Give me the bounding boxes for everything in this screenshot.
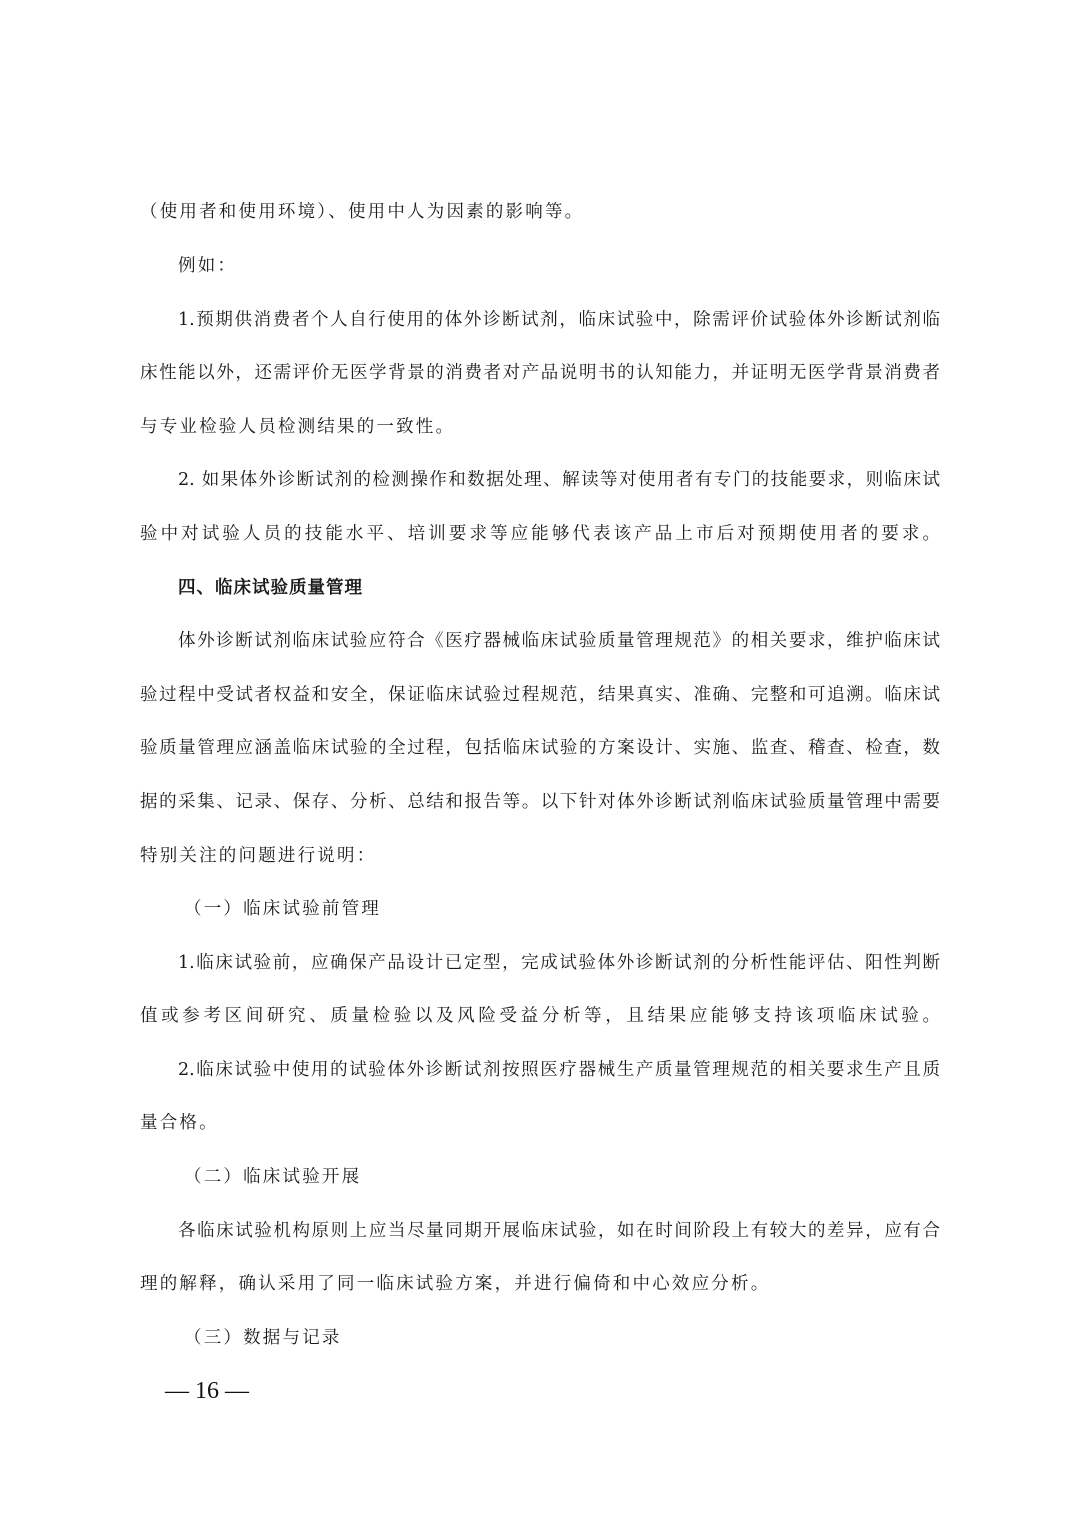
subsection-heading: （三）数据与记录 (140, 1323, 940, 1353)
paragraph-line: 验中对试验人员的技能水平、培训要求等应能够代表该产品上市后对预期使用者的要求。 (140, 519, 940, 549)
paragraph-line: 量合格。 (140, 1108, 940, 1138)
paragraph-line: 据的采集、记录、保存、分析、总结和报告等。以下针对体外诊断试剂临床试验质量管理中… (140, 787, 940, 817)
paragraph-line: 与专业检验人员检测结果的一致性。 (140, 412, 940, 442)
paragraph-line: 验过程中受试者权益和安全，保证临床试验过程规范，结果真实、准确、完整和可追溯。临… (140, 680, 940, 710)
paragraph-line: 特别关注的问题进行说明： (140, 841, 940, 871)
paragraph-line: 各临床试验机构原则上应当尽量同期开展临床试验，如在时间阶段上有较大的差异，应有合 (140, 1216, 940, 1246)
subsection-heading: （一）临床试验前管理 (140, 894, 940, 924)
paragraph-line: 验质量管理应涵盖临床试验的全过程，包括临床试验的方案设计、实施、监查、稽查、检查… (140, 733, 940, 763)
paragraph-line: 床性能以外，还需评价无医学背景的消费者对产品说明书的认知能力，并证明无医学背景消… (140, 358, 940, 388)
paragraph-line: 例如： (140, 251, 940, 281)
paragraph-line: 体外诊断试剂临床试验应符合《医疗器械临床试验质量管理规范》的相关要求，维护临床试 (140, 626, 940, 656)
paragraph-line: 理的解释，确认采用了同一临床试验方案，并进行偏倚和中心效应分析。 (140, 1269, 940, 1299)
paragraph-line: （使用者和使用环境）、使用中人为因素的影响等。 (140, 197, 940, 227)
paragraph-line: 1.临床试验前，应确保产品设计已定型，完成试验体外诊断试剂的分析性能评估、阳性判… (140, 948, 940, 978)
paragraph-line: 2. 如果体外诊断试剂的检测操作和数据处理、解读等对使用者有专门的技能要求，则临… (140, 465, 940, 495)
paragraph-line: 值或参考区间研究、质量检验以及风险受益分析等，且结果应能够支持该项临床试验。 (140, 1001, 940, 1031)
subsection-heading: （二）临床试验开展 (140, 1162, 940, 1192)
page-number: — 16 — (165, 1378, 249, 1405)
paragraph-line: 2.临床试验中使用的试验体外诊断试剂按照医疗器械生产质量管理规范的相关要求生产且… (140, 1055, 940, 1085)
paragraph-line: 1.预期供消费者个人自行使用的体外诊断试剂，临床试验中，除需评价试验体外诊断试剂… (140, 305, 940, 335)
section-heading: 四、临床试验质量管理 (140, 573, 940, 603)
